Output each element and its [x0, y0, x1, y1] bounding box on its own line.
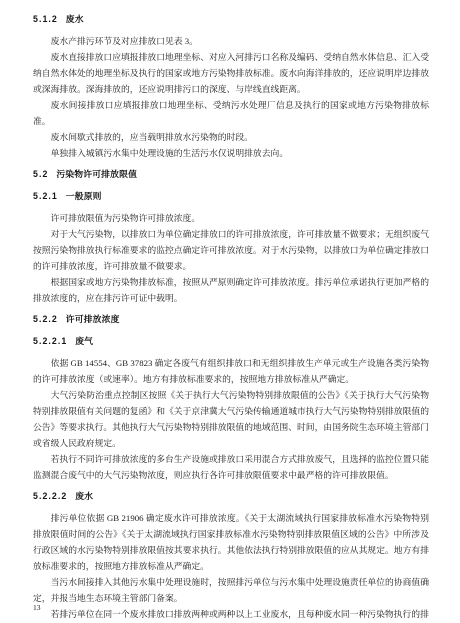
- paragraph: 当污水间接排入其他污水集中处理设施时，按照排污单位与污水集中处理设施责任单位的协…: [33, 574, 429, 606]
- section-title: 废水: [75, 491, 93, 501]
- section-title: 废气: [75, 336, 93, 346]
- paragraph: 依据 GB 14554、GB 37823 确定各废气有组织排放口和无组织排放生产…: [33, 355, 429, 387]
- section-number: 5.2.2.1: [33, 336, 67, 346]
- section-heading: 5.1.2废水: [33, 11, 429, 27]
- paragraph: 若执行不同许可排放浓度的多台生产设施或排放口采用混合方式排放废气，且选择的监控位…: [33, 451, 429, 483]
- document-body: 5.1.2废水废水产排污环节及对应排放口见表 3。废水直接排放口应填报排放口地理…: [33, 11, 429, 622]
- paragraph: 单独排入城镇污水集中处理设施的生活污水仅说明排放去向。: [33, 145, 429, 161]
- section-title: 一般原则: [66, 191, 102, 201]
- section-number: 5.2.2.2: [33, 491, 67, 501]
- paragraph: 废水产排污环节及对应排放口见表 3。: [33, 33, 429, 49]
- section-title: 许可排放浓度: [66, 314, 120, 324]
- section-title: 废水: [66, 14, 84, 24]
- page-number: 13: [33, 603, 41, 613]
- paragraph: 对于大气污染物，以排放口为单位确定排放口的许可排放浓度，许可排放量不做要求；无组…: [33, 226, 429, 274]
- section-heading: 5.2.2.2废水: [33, 488, 429, 504]
- section-number: 5.2: [33, 169, 48, 179]
- section-number: 5.2.2: [33, 314, 58, 324]
- paragraph: 根据国家或地方污染物排放标准，按照从严原则确定许可排放浓度。排污单位承诺执行更加…: [33, 274, 429, 306]
- section-heading: 5.2污染物许可排放限值: [33, 166, 429, 182]
- section-title: 污染物许可排放限值: [56, 169, 137, 179]
- paragraph: 若排污单位在同一个废水排放口排放两种或两种以上工业废水，且每种废水同一种污染物执…: [33, 606, 429, 622]
- paragraph: 废水间歇式排放的，应当载明排放水污染物的时段。: [33, 129, 429, 145]
- section-heading: 5.2.2许可排放浓度: [33, 311, 429, 327]
- paragraph: 废水间接排放口应填报排放口地理坐标、受纳污水处理厂信息及执行的国家或地方污染物排…: [33, 97, 429, 129]
- section-number: 5.1.2: [33, 14, 58, 24]
- paragraph: 废水直接排放口应填报排放口地理坐标、对应入河排污口名称及编码、受纳自然水体信息、…: [33, 49, 429, 97]
- section-number: 5.2.1: [33, 191, 58, 201]
- paragraph: 大气污染防治重点控制区按照《关于执行大气污染物特别排放限值的公告》《关于执行大气…: [33, 387, 429, 451]
- section-heading: 5.2.1一般原则: [33, 188, 429, 204]
- paragraph: 许可排放限值为污染物许可排放浓度。: [33, 210, 429, 226]
- document-page: 5.1.2废水废水产排污环节及对应排放口见表 3。废水直接排放口应填报排放口地理…: [0, 0, 460, 623]
- paragraph: 排污单位依据 GB 21906 确定废水许可排放浓度。《关于太湖流域执行国家排放…: [33, 510, 429, 574]
- section-heading: 5.2.2.1废气: [33, 333, 429, 349]
